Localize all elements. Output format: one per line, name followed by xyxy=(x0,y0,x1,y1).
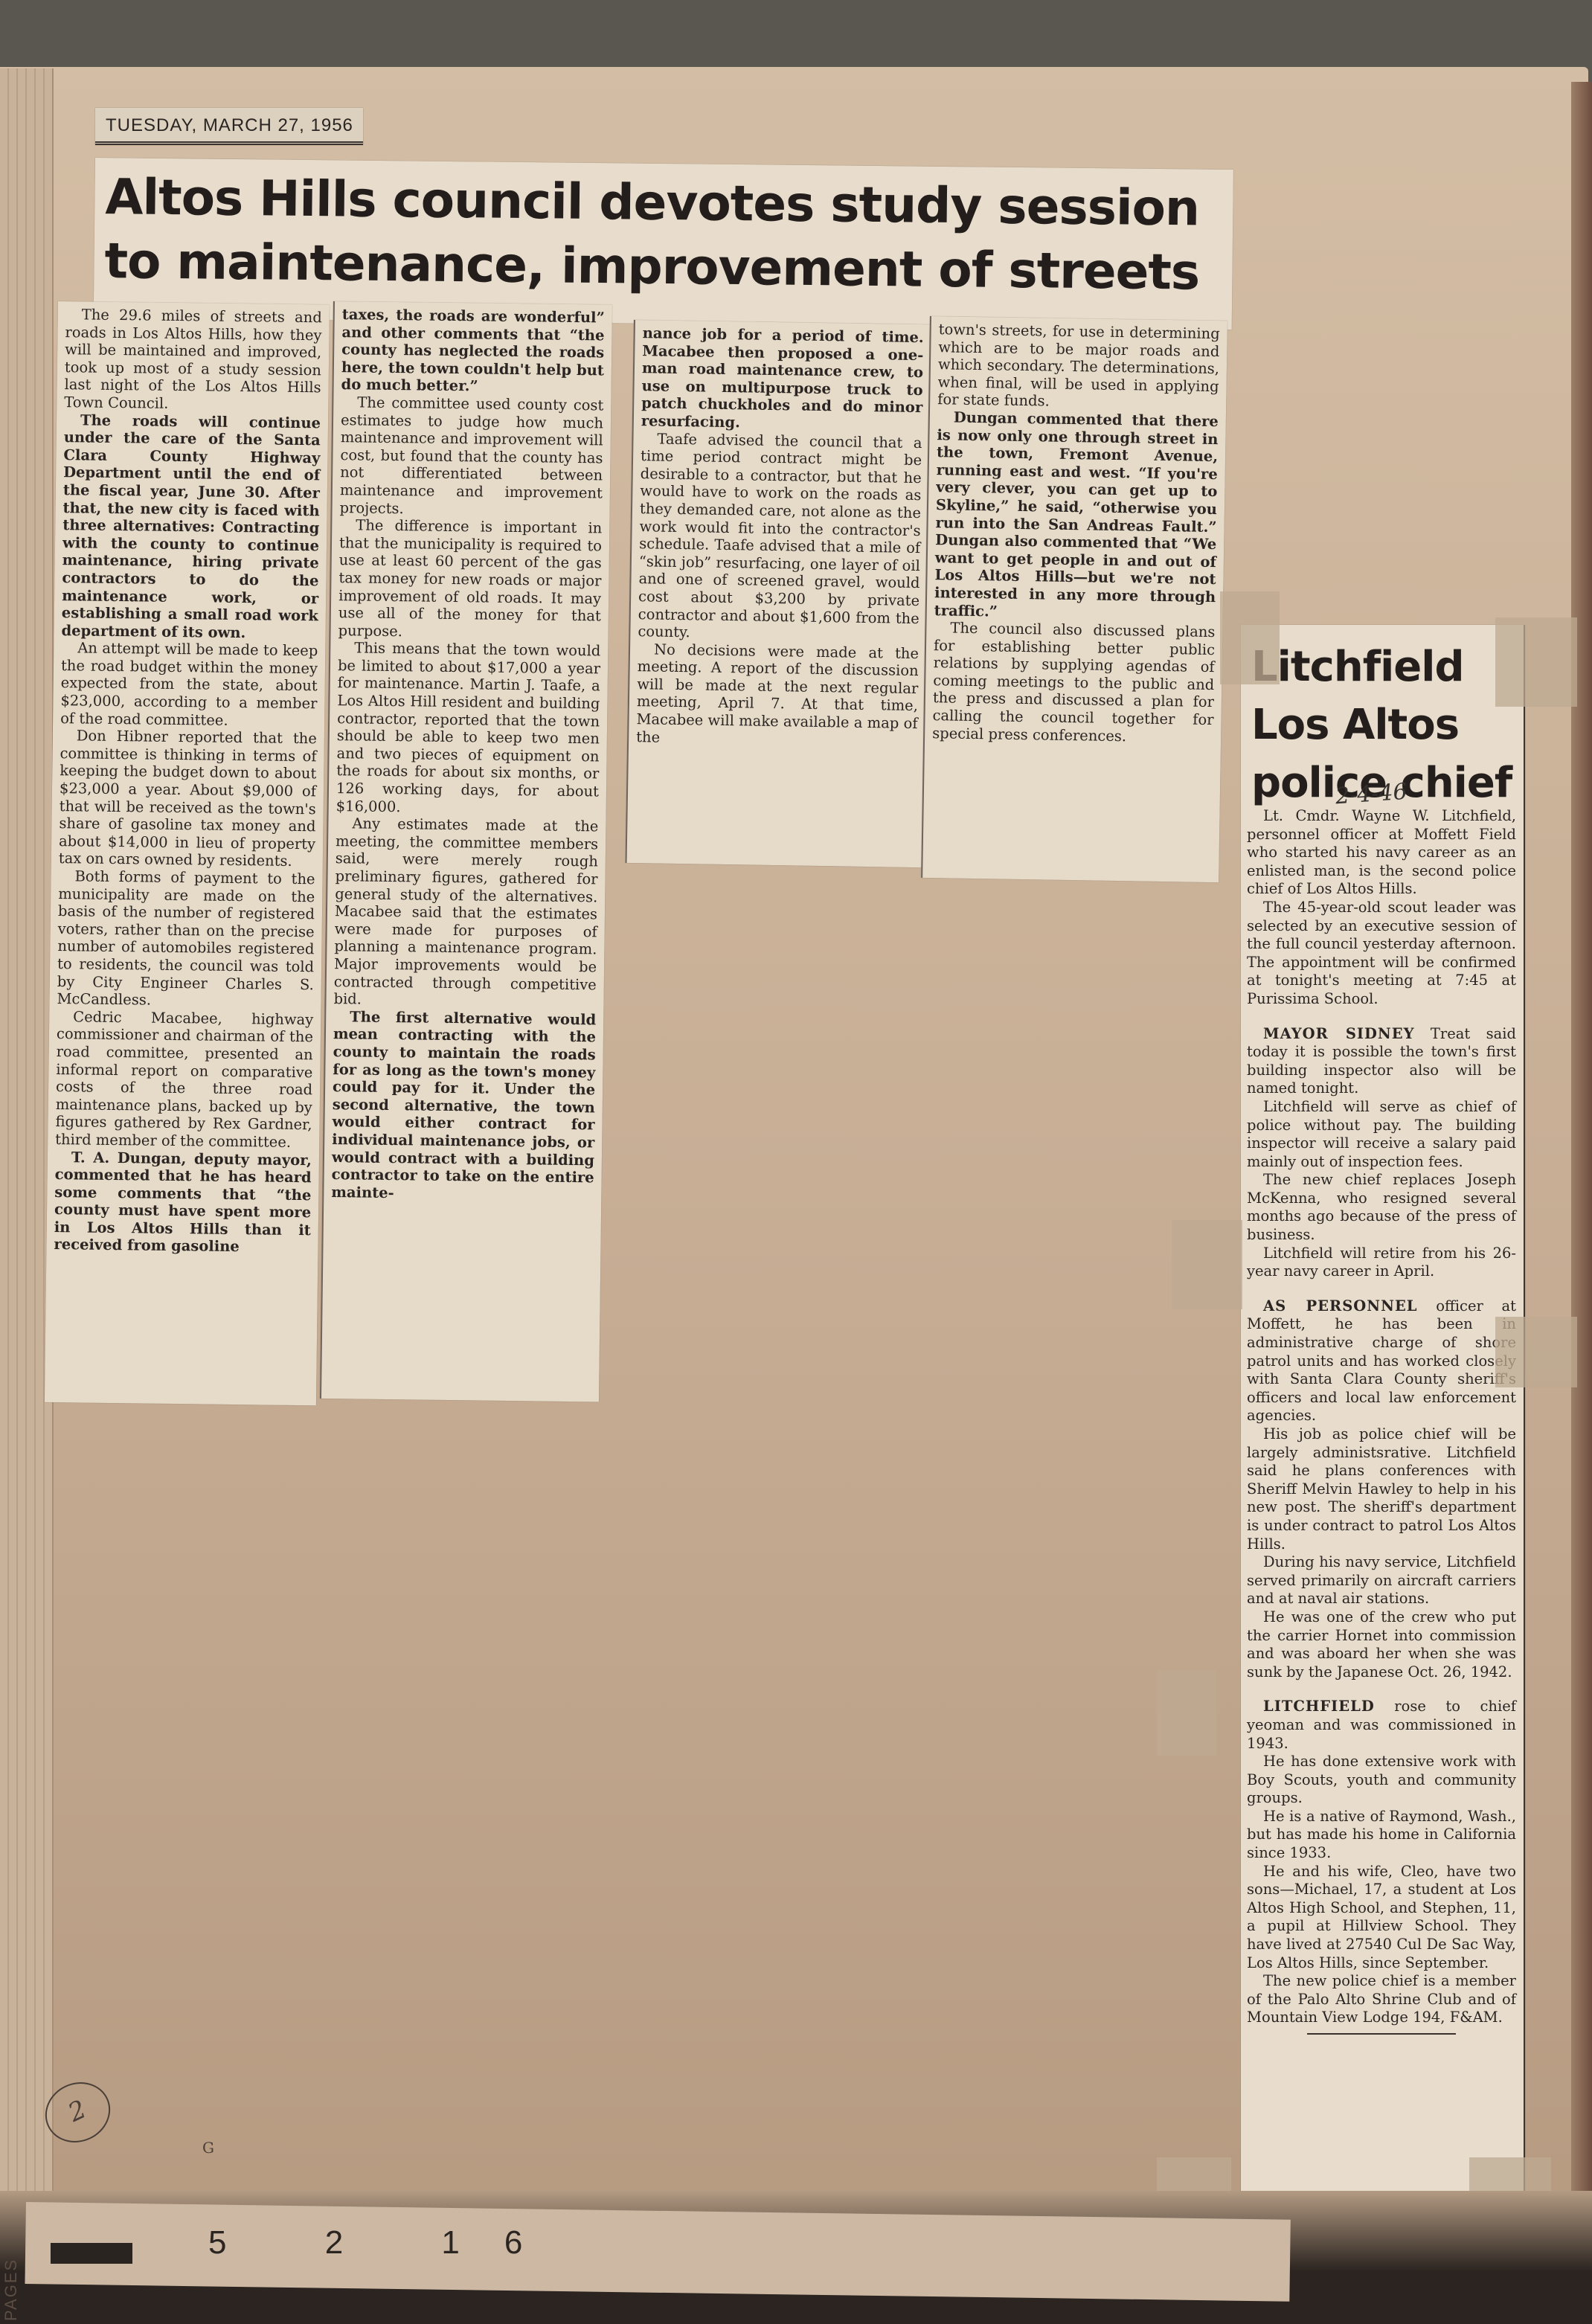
side-article-paragraph: He was one of the crew who put the carri… xyxy=(1247,1608,1516,1681)
side-article-paragraph: Litchfield will serve as chief of police… xyxy=(1247,1098,1516,1171)
paragraph-text: The 45-year-old scout leader was selecte… xyxy=(1247,899,1516,1007)
article-column-4: town's streets, for use in determining w… xyxy=(921,316,1227,882)
article-column-1: The 29.6 miles of streets and roads in L… xyxy=(45,301,330,1405)
side-article-paragraph: The new police chief is a member of the … xyxy=(1247,1972,1516,2027)
paragraph-text: During his navy service, Litchfield serv… xyxy=(1247,1553,1516,1607)
article-paragraph: The difference is important in that the … xyxy=(338,516,602,642)
side-article-paragraph: AS PERSONNEL officer at Moffett, he has … xyxy=(1247,1297,1516,1425)
article-paragraph: The 29.6 miles of streets and roads in L… xyxy=(64,306,322,414)
paragraph-text: Lt. Cmdr. Wayne W. Litchfield, personnel… xyxy=(1247,807,1516,897)
paragraph-text: His job as police chief will be largely … xyxy=(1247,1425,1516,1553)
side-headline-line-2: Los Altos xyxy=(1251,701,1459,749)
paragraph-text: The new chief replaces Joseph McKenna, w… xyxy=(1247,1171,1516,1243)
side-article-paragraph: During his navy service, Litchfield serv… xyxy=(1247,1553,1516,1608)
article-paragraph: town's streets, for use in determining w… xyxy=(937,321,1220,413)
article-paragraph: Don Hibner reported that the committee i… xyxy=(59,727,317,870)
paragraph-text: He was one of the crew who put the carri… xyxy=(1247,1608,1516,1681)
paragraph-text: He is a native of Raymond, Wash., but ha… xyxy=(1247,1808,1516,1861)
dateline-clipping: TUESDAY, MARCH 27, 1956 xyxy=(95,108,363,145)
tape-strip xyxy=(1495,617,1577,707)
article-paragraph: The first alternative would mean contrac… xyxy=(331,1008,596,1204)
tape-strip xyxy=(1172,1220,1242,1309)
side-article-paragraph: He has done extensive work with Boy Scou… xyxy=(1247,1753,1516,1808)
article-paragraph: Cedric Macabee, highway commissioner and… xyxy=(55,1008,313,1152)
article-paragraph: Dungan commented that there is now only … xyxy=(934,408,1219,623)
side-article-paragraph: He and his wife, Cleo, have two sons—Mic… xyxy=(1247,1863,1516,1973)
paragraph-lead-caps: MAYOR SIDNEY xyxy=(1263,1025,1415,1042)
end-of-article-rule xyxy=(1307,2033,1456,2035)
side-article-paragraph: The 45-year-old scout leader was selecte… xyxy=(1247,899,1516,1009)
paragraph-text: officer at Moffett, he has been in admin… xyxy=(1247,1297,1516,1425)
article-column-2: taxes, the roads are wonderful” and othe… xyxy=(320,301,612,1402)
article-paragraph: The council also discussed plans for est… xyxy=(932,619,1216,746)
article-paragraph: taxes, the roads are wonderful” and othe… xyxy=(341,306,604,397)
side-article-body: Lt. Cmdr. Wayne W. Litchfield, personnel… xyxy=(1247,807,1516,2035)
paragraph-lead-caps: LITCHFIELD xyxy=(1263,1698,1375,1715)
article-paragraph: T. A. Dungan, deputy mayor, commented th… xyxy=(54,1149,312,1257)
article-paragraph: This means that the town would be limite… xyxy=(336,639,601,818)
side-article-paragraph: The new chief replaces Joseph McKenna, w… xyxy=(1247,1171,1516,1244)
side-headline-line-1: Litchfield xyxy=(1251,643,1464,691)
article-paragraph: No decisions were made at the meeting. A… xyxy=(636,641,919,750)
paragraph-text: Litchfield will retire from his 26-year … xyxy=(1247,1245,1516,1280)
masthead-block xyxy=(51,2243,132,2264)
pages-label: PAGES xyxy=(1,2259,21,2321)
page-stack-edge xyxy=(0,68,54,2196)
page-binding-edge xyxy=(1571,82,1592,2284)
article-paragraph: An attempt will be made to keep the road… xyxy=(60,639,318,730)
article-paragraph: Taafe advised the council that a time pe… xyxy=(638,430,922,645)
side-article-paragraph: He is a native of Raymond, Wash., but ha… xyxy=(1247,1808,1516,1863)
paragraph-text: He has done extensive work with Boy Scou… xyxy=(1247,1753,1516,1806)
paragraph-text: The new police chief is a member of the … xyxy=(1247,1972,1516,2026)
tape-strip xyxy=(1220,591,1280,684)
article-paragraph: Both forms of payment to the municipalit… xyxy=(57,867,315,1011)
handwritten-date: 2-4-46 xyxy=(1335,779,1408,810)
paragraph-lead-caps: AS PERSONNEL xyxy=(1263,1297,1418,1315)
paragraph-text: He and his wife, Cleo, have two sons—Mic… xyxy=(1247,1863,1516,1971)
side-article-paragraph: Lt. Cmdr. Wayne W. Litchfield, personnel… xyxy=(1247,807,1516,899)
side-article-paragraph: Litchfield will retire from his 26-year … xyxy=(1247,1245,1516,1281)
side-article-paragraph: His job as police chief will be largely … xyxy=(1247,1425,1516,1553)
article-column-3: nance job for a period of time. Macabee … xyxy=(626,320,931,867)
masthead-fragment: 5 2 16 xyxy=(208,2224,567,2262)
tape-strip xyxy=(1495,1317,1577,1387)
article-paragraph: The committee used county cost estimates… xyxy=(339,394,603,519)
side-article-paragraph: MAYOR SIDNEY Treat said today it is poss… xyxy=(1247,1025,1516,1098)
side-article-clipping: Litchfield Los Altos police chief Lt. Cm… xyxy=(1241,625,1525,2247)
article-paragraph: Any estimates made at the meeting, the c… xyxy=(333,815,598,1011)
tape-strip xyxy=(1157,1670,1216,1756)
article-paragraph: The roads will continue under the care o… xyxy=(61,411,321,643)
dateline-text: TUESDAY, MARCH 27, 1956 xyxy=(106,115,353,135)
pencil-mark: G xyxy=(202,2139,214,2157)
paragraph-text: Litchfield will serve as chief of police… xyxy=(1247,1098,1516,1170)
main-headline: Altos Hills council devotes study sessio… xyxy=(94,158,1233,305)
article-paragraph: nance job for a period of time. Macabee … xyxy=(641,324,924,434)
side-article-paragraph: LITCHFIELD rose to chief yeoman and was … xyxy=(1247,1698,1516,1753)
